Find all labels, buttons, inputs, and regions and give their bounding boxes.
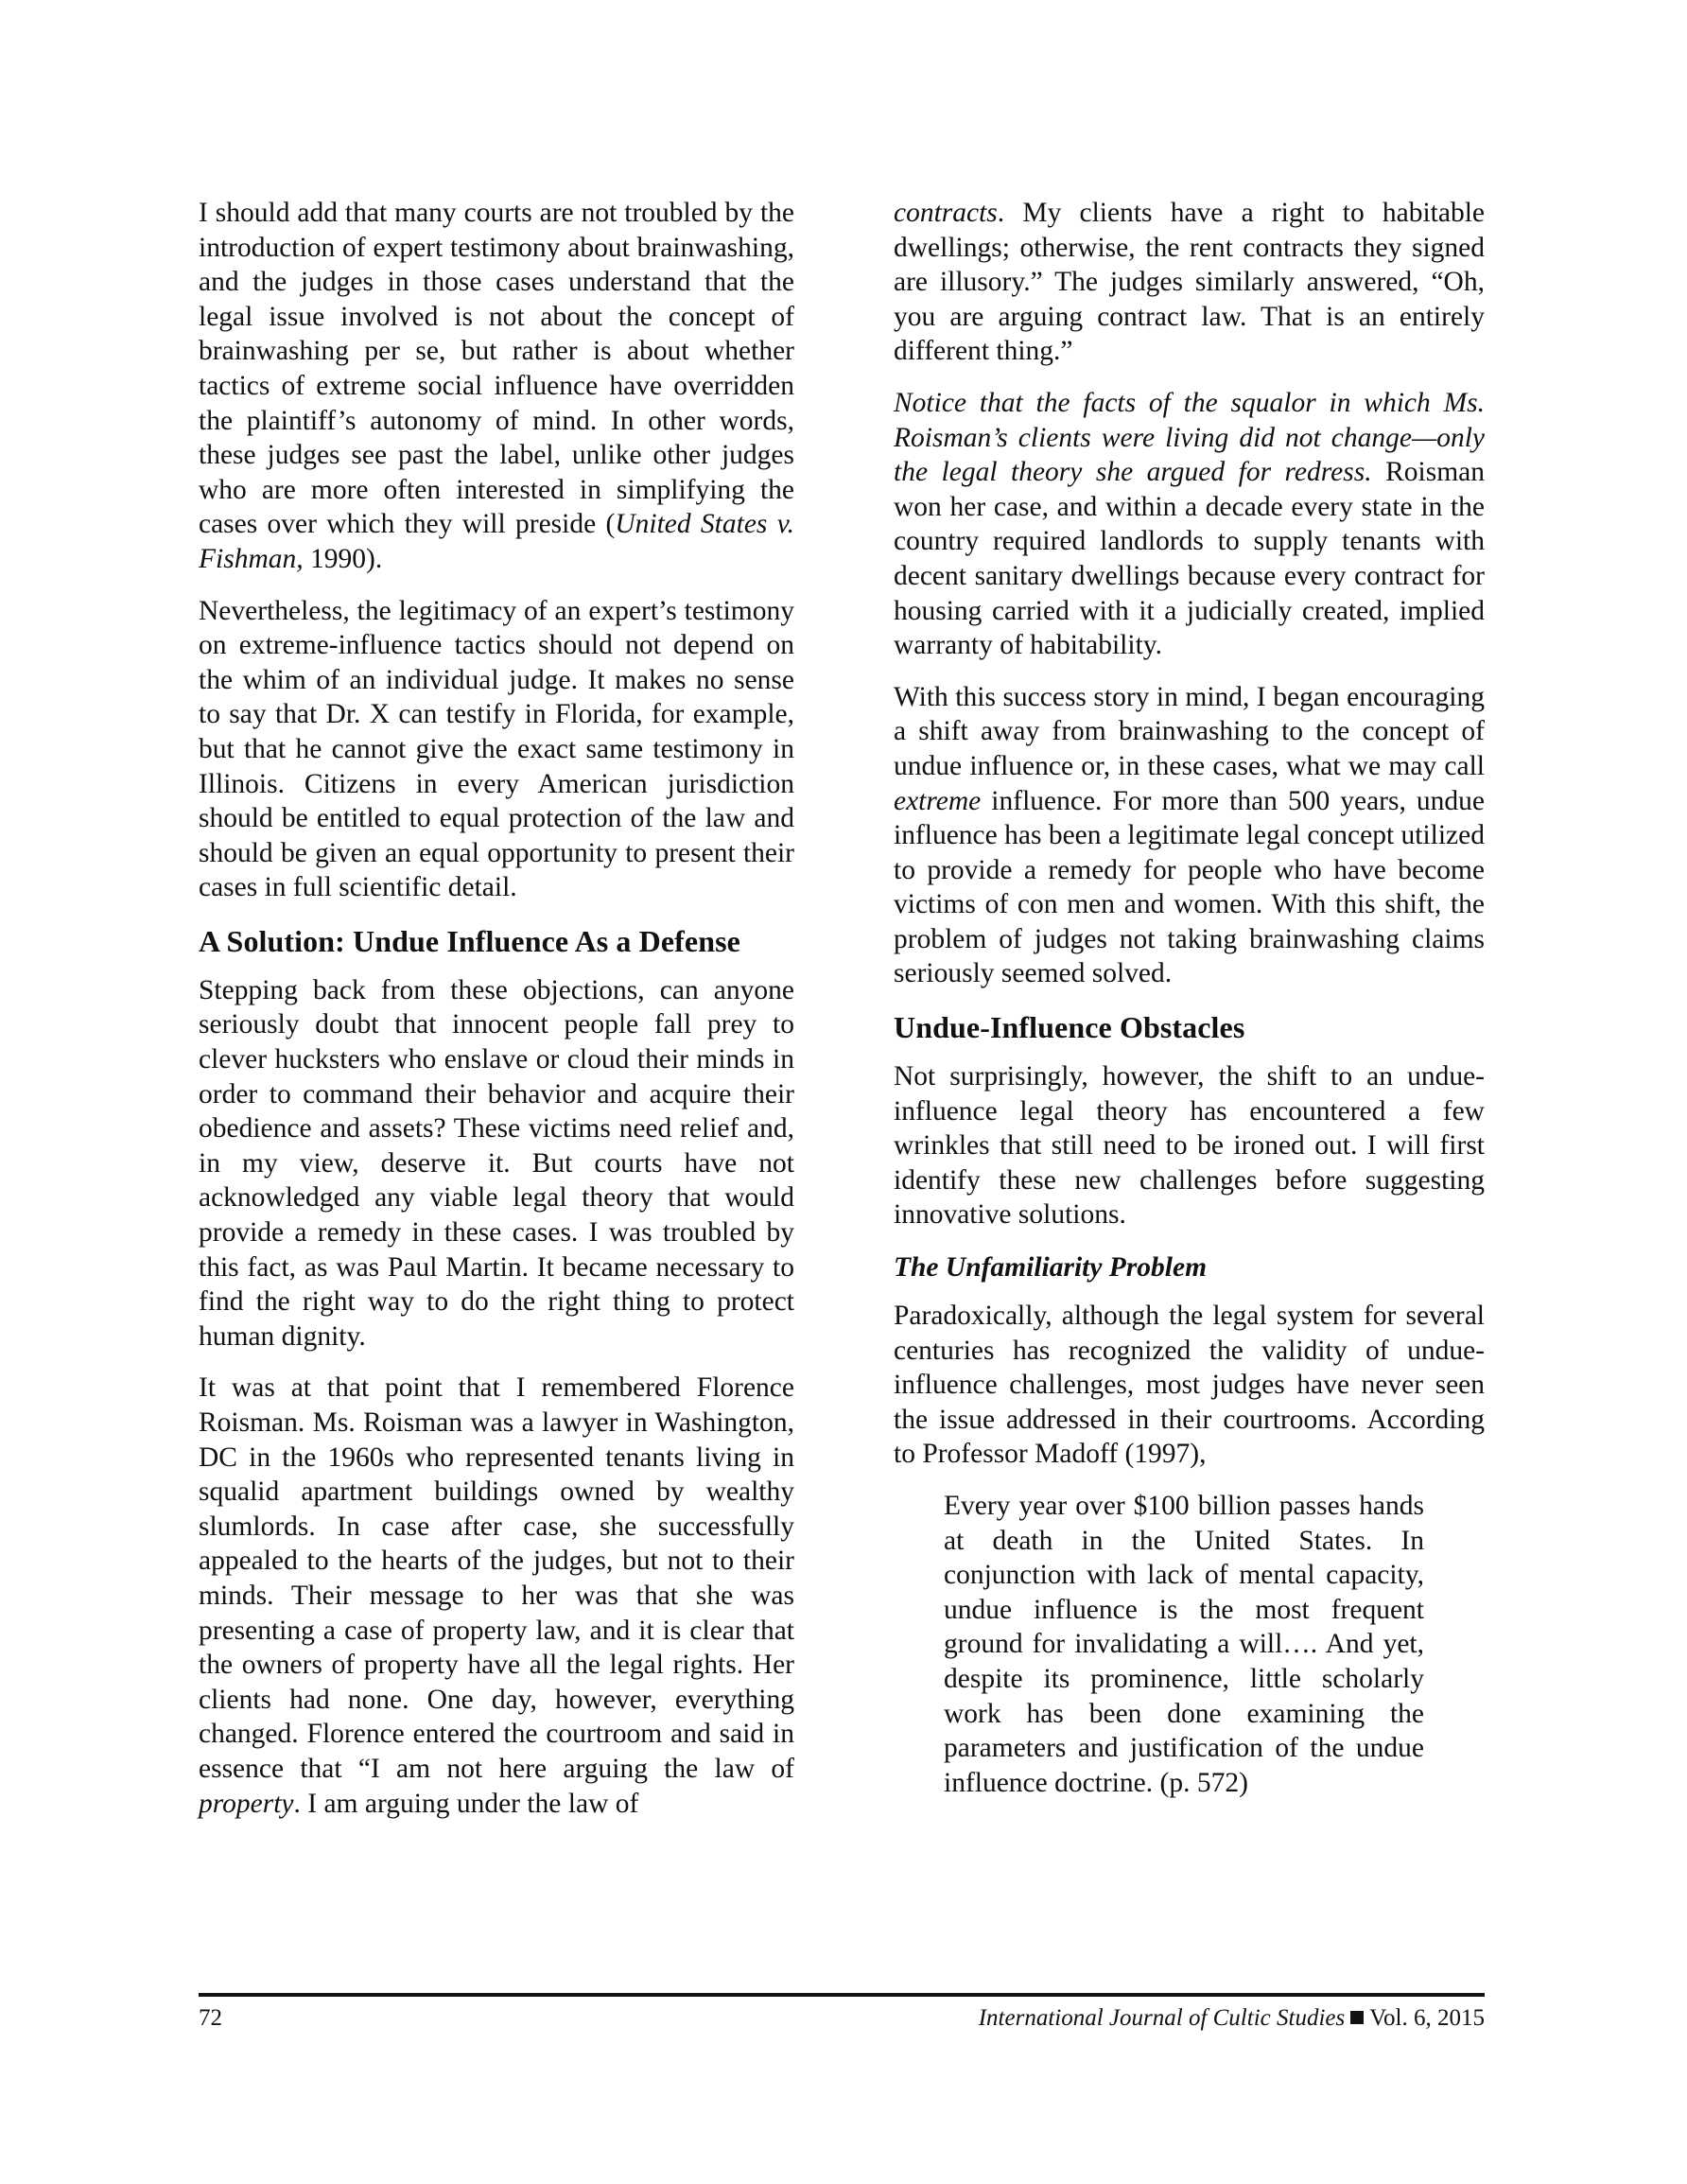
journal-citation: International Journal of Cultic StudiesV…: [979, 2003, 1485, 2034]
paragraph: It was at that point that I remembered F…: [199, 1371, 794, 1821]
paragraph: Paradoxically, although the legal system…: [894, 1299, 1485, 1472]
volume-year: Vol. 6, 2015: [1369, 2005, 1485, 2031]
right-column: contracts. My clients have a right to ha…: [894, 196, 1485, 1800]
footer-rule: [199, 1993, 1485, 1997]
journal-name: International Journal of Cultic Studies: [979, 2005, 1345, 2031]
black-square-icon: [1350, 2011, 1364, 2024]
citation-year: 1990).: [304, 544, 383, 574]
paragraph-text: It was at that point that I remembered F…: [199, 1372, 794, 1784]
paragraph: Notice that the facts of the squalor in …: [894, 386, 1485, 663]
emphasis: contracts: [894, 198, 998, 228]
block-quote: Every year over $100 billion passes hand…: [944, 1489, 1424, 1800]
paragraph: Stepping back from these objections, can…: [199, 973, 794, 1354]
quote-text: Every year over $100 billion passes hand…: [944, 1489, 1424, 1800]
section-heading: Undue-Influence Obstacles: [894, 1008, 1485, 1046]
paragraph: contracts. My clients have a right to ha…: [894, 196, 1485, 369]
emphasis: extreme: [894, 786, 981, 816]
section-heading: A Solution: Undue Influence As a Defense: [199, 922, 794, 960]
paragraph: Not surprisingly, however, the shift to …: [894, 1059, 1485, 1232]
subsection-heading: The Unfamiliarity Problem: [894, 1249, 1485, 1285]
paragraph: With this success story in mind, I began…: [894, 680, 1485, 991]
paragraph-text: influence. For more than 500 years, undu…: [894, 786, 1485, 989]
paragraph-text: Roisman won her case, and within a decad…: [894, 457, 1485, 660]
page-number: 72: [199, 2003, 222, 2034]
paragraph-text: . I am arguing under the law of: [294, 1789, 639, 1819]
paragraph-text: With this success story in mind, I began…: [894, 682, 1485, 781]
paragraph: Nevertheless, the legitimacy of an exper…: [199, 594, 794, 905]
journal-page: I should add that many courts are not tr…: [0, 0, 1687, 2184]
paragraph: I should add that many courts are not tr…: [199, 196, 794, 577]
paragraph-text: I should add that many courts are not tr…: [199, 198, 794, 539]
left-column: I should add that many courts are not tr…: [199, 196, 794, 1838]
emphasis: property: [199, 1789, 294, 1819]
